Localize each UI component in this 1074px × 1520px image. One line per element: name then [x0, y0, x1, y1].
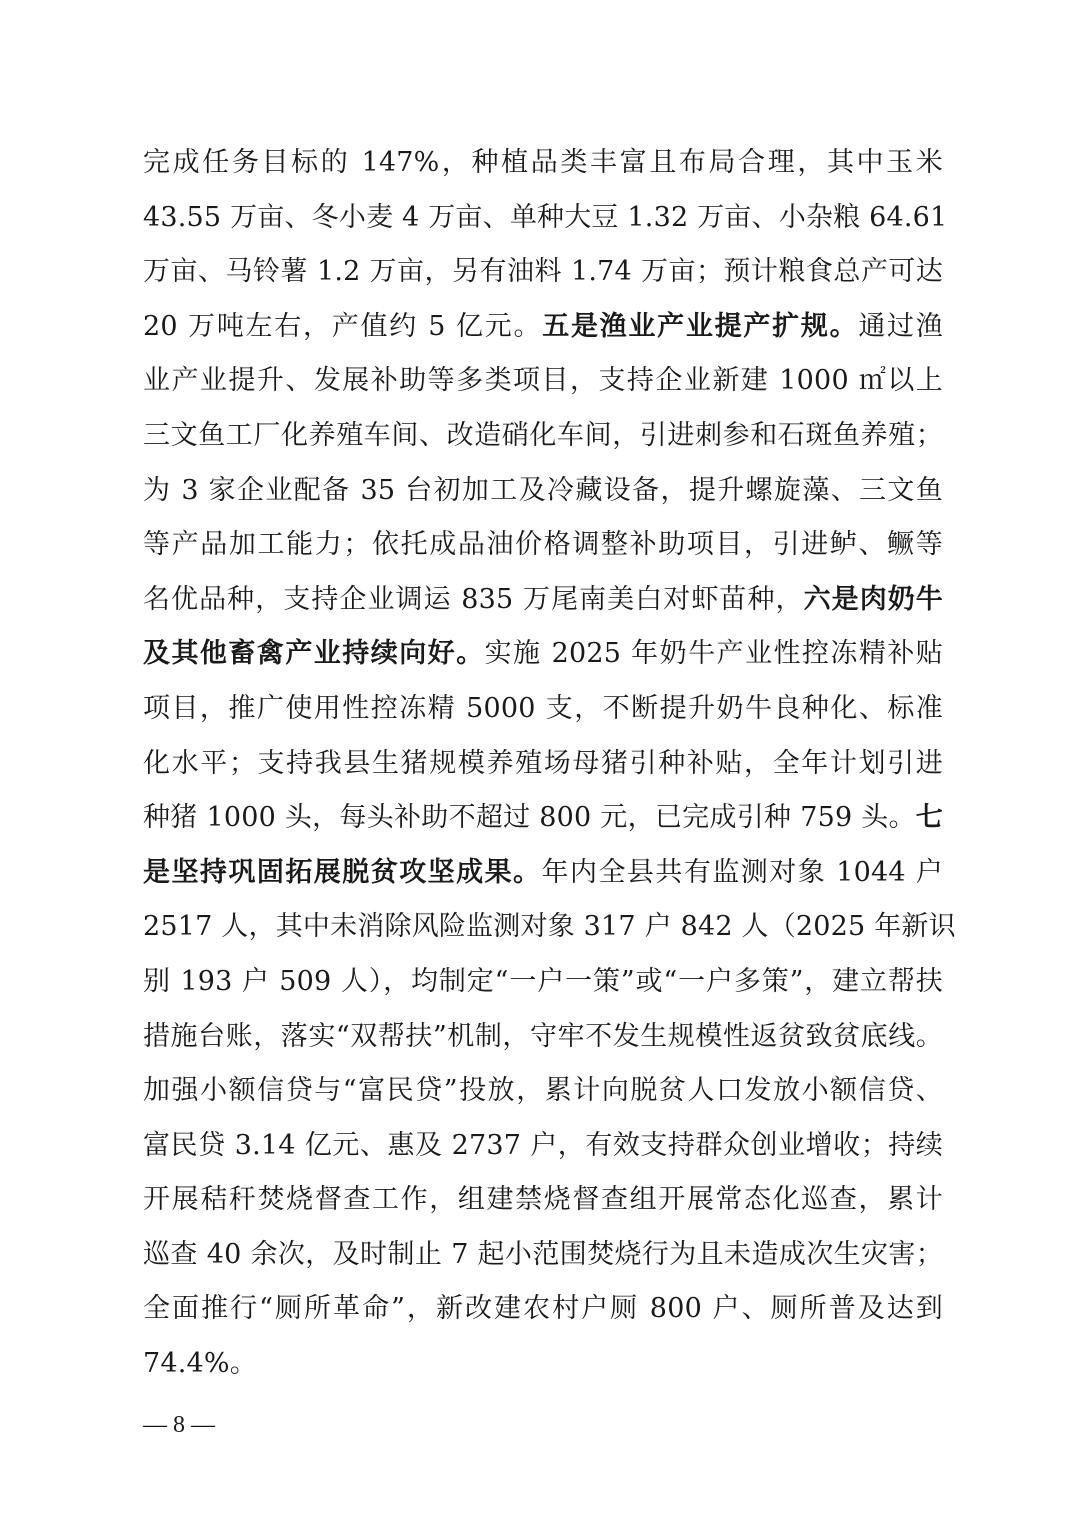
body-text-segment: 实施 2025 年奶牛产业性控冻精补贴 — [485, 638, 943, 669]
body-text-segment: 加强小额信贷与“富民贷”投放，累计向脱贫人口发放小额信贷、 — [143, 1075, 943, 1106]
text-line: 巡查 40 余次，及时制止 7 起小范围焚烧行为且未造成次生灾害； — [143, 1232, 943, 1287]
bold-heading-text: 五是渔业产业提产扩规。 — [542, 311, 858, 342]
body-text-segment: 等产品加工能力；依托成品油价格调整补助项目，引进鲈、鳜等 — [143, 529, 943, 560]
text-line: 全面推行“厕所革命”，新改建农村户厕 800 户、厕所普及达到 — [143, 1286, 943, 1341]
text-line: 别 193 户 509 人），均制定“一户一策”或“一户多策”，建立帮扶 — [143, 959, 943, 1014]
body-text-segment: 万亩、马铃薯 1.2 万亩，另有油料 1.74 万亩；预计粮食总产可达 — [143, 256, 943, 287]
bold-heading-text: 及其他畜禽产业持续向好。 — [143, 638, 485, 669]
text-line: 开展秸秆焚烧督查工作，组建禁烧督查组开展常态化巡查，累计 — [143, 1177, 943, 1232]
body-text-segment: 开展秸秆焚烧督查工作，组建禁烧督查组开展常态化巡查，累计 — [143, 1184, 943, 1215]
body-text-segment: 别 193 户 509 人），均制定“一户一策”或“一户多策”，建立帮扶 — [143, 966, 943, 997]
text-line: 完成任务目标的 147%，种植品类丰富且布局合理，其中玉米 — [143, 140, 943, 195]
body-text-segment: 措施台账，落实“双帮扶”机制，守牢不发生规模性返贫致贫底线。 — [143, 1021, 943, 1052]
text-line: 43.55 万亩、冬小麦 4 万亩、单种大豆 1.32 万亩、小杂粮 64.61 — [143, 195, 943, 250]
page-number: — 8 — — [143, 1410, 215, 1440]
text-line: 等产品加工能力；依托成品油价格调整补助项目，引进鲈、鳜等 — [143, 522, 943, 577]
text-line: 名优品种，支持企业调运 835 万尾南美白对虾苗种，六是肉奶牛 — [143, 577, 943, 632]
text-line: 三文鱼工厂化养殖车间、改造硝化车间，引进刺参和石斑鱼养殖； — [143, 413, 943, 468]
text-line: 业产业提升、发展补助等多类项目，支持企业新建 1000 ㎡以上 — [143, 358, 943, 413]
body-text-segment: 74.4%。 — [143, 1348, 257, 1379]
bold-heading-text: 是坚持巩固拓展脱贫攻坚成果。 — [143, 857, 542, 888]
body-text-segment: 全面推行“厕所革命”，新改建农村户厕 800 户、厕所普及达到 — [143, 1293, 943, 1324]
body-text-segment: 三文鱼工厂化养殖车间、改造硝化车间，引进刺参和石斑鱼养殖； — [143, 420, 943, 451]
body-text-segment: 项目，推广使用性控冻精 5000 支，不断提升奶牛良种化、标准 — [143, 693, 943, 724]
body-text-segment: 为 3 家企业配备 35 台初加工及冷藏设备，提升螺旋藻、三文鱼 — [143, 475, 943, 506]
text-line: 74.4%。 — [143, 1341, 943, 1396]
body-text-segment: 完成任务目标的 147%，种植品类丰富且布局合理，其中玉米 — [143, 147, 943, 178]
text-line: 项目，推广使用性控冻精 5000 支，不断提升奶牛良种化、标准 — [143, 686, 943, 741]
text-line: 富民贷 3.14 亿元、惠及 2737 户，有效支持群众创业增收；持续 — [143, 1123, 943, 1178]
body-text-segment: 化水平；支持我县生猪规模养殖场母猪引种补贴，全年计划引进 — [143, 748, 943, 779]
text-line: 及其他畜禽产业持续向好。实施 2025 年奶牛产业性控冻精补贴 — [143, 631, 943, 686]
body-paragraph: 完成任务目标的 147%，种植品类丰富且布局合理，其中玉米43.55 万亩、冬小… — [143, 140, 943, 1396]
body-text-segment: 20 万吨左右，产值约 5 亿元。 — [143, 311, 542, 342]
body-text-segment: 富民贷 3.14 亿元、惠及 2737 户，有效支持群众创业增收；持续 — [143, 1130, 943, 1161]
body-text-segment: 通过渔 — [858, 311, 943, 342]
text-line: 措施台账，落实“双帮扶”机制，守牢不发生规模性返贫致贫底线。 — [143, 1014, 943, 1069]
text-line: 为 3 家企业配备 35 台初加工及冷藏设备，提升螺旋藻、三文鱼 — [143, 468, 943, 523]
bold-heading-text: 六是肉奶牛 — [804, 584, 943, 615]
text-line: 万亩、马铃薯 1.2 万亩，另有油料 1.74 万亩；预计粮食总产可达 — [143, 249, 943, 304]
bold-heading-text: 七 — [916, 802, 943, 833]
body-text-segment: 2517 人，其中未消除风险监测对象 317 户 842 人（2025 年新识 — [143, 911, 956, 942]
text-line: 2517 人，其中未消除风险监测对象 317 户 842 人（2025 年新识 — [143, 904, 943, 959]
body-text-segment: 巡查 40 余次，及时制止 7 起小范围焚烧行为且未造成次生灾害； — [143, 1239, 943, 1270]
body-text-segment: 名优品种，支持企业调运 835 万尾南美白对虾苗种， — [143, 584, 804, 615]
text-line: 加强小额信贷与“富民贷”投放，累计向脱贫人口发放小额信贷、 — [143, 1068, 943, 1123]
body-text-segment: 种猪 1000 头，每头补助不超过 800 元，已完成引种 759 头。 — [143, 802, 916, 833]
body-text-segment: 43.55 万亩、冬小麦 4 万亩、单种大豆 1.32 万亩、小杂粮 64.61 — [143, 202, 947, 233]
body-text-segment: 业产业提升、发展补助等多类项目，支持企业新建 1000 ㎡以上 — [143, 365, 943, 396]
text-line: 是坚持巩固拓展脱贫攻坚成果。年内全县共有监测对象 1044 户 — [143, 850, 943, 905]
text-line: 20 万吨左右，产值约 5 亿元。五是渔业产业提产扩规。通过渔 — [143, 304, 943, 359]
text-line: 化水平；支持我县生猪规模养殖场母猪引种补贴，全年计划引进 — [143, 741, 943, 796]
body-text-segment: 年内全县共有监测对象 1044 户 — [542, 857, 943, 888]
document-page: 完成任务目标的 147%，种植品类丰富且布局合理，其中玉米43.55 万亩、冬小… — [0, 0, 1074, 1520]
text-line: 种猪 1000 头，每头补助不超过 800 元，已完成引种 759 头。七 — [143, 795, 943, 850]
